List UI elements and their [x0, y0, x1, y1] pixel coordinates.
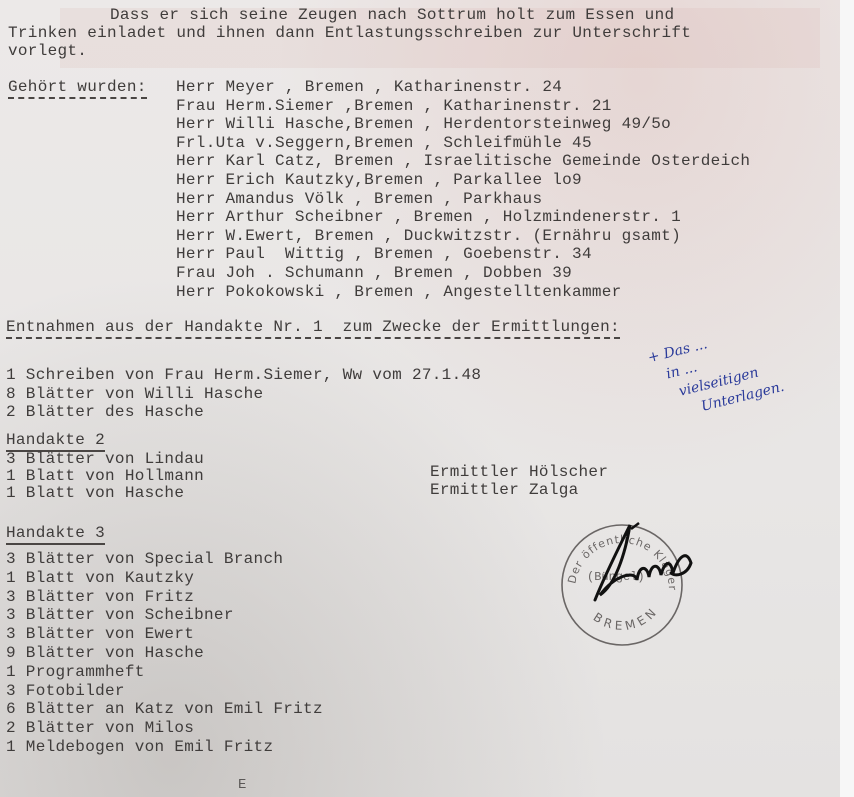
handakte-2-heading: Handakte 2 — [6, 431, 105, 452]
list-item: Frl.Uta v.Seggern,Bremen , Schleifmühle … — [176, 134, 592, 152]
investigator-1: Ermittler Hölscher — [430, 463, 608, 481]
extraction-heading: Entnahmen aus der Handakte Nr. 1 zum Zwe… — [6, 318, 620, 339]
list-item: Frau Herm.Siemer ,Bremen , Katharinenstr… — [176, 97, 612, 115]
list-item: 2 Blätter des Hasche — [6, 403, 204, 421]
list-item: Herr W.Ewert, Bremen , Duckwitzstr. (Ern… — [176, 227, 681, 245]
list-item: 1 Meldebogen von Emil Fritz — [6, 738, 273, 756]
list-item: Herr Meyer , Bremen , Katharinenstr. 24 — [176, 78, 562, 96]
list-item: 1 Blatt von Kautzky — [6, 569, 194, 587]
list-item: Herr Paul Wittig , Bremen , Goebenstr. 3… — [176, 245, 592, 263]
list-item: Herr Karl Catz, Bremen , Israelitische G… — [176, 152, 750, 170]
document-page: Dass er sich seine Zeugen nach Sottrum h… — [0, 0, 854, 797]
list-item: 1 Blatt von Hasche — [6, 484, 184, 502]
list-item: 8 Blätter von Willi Hasche — [6, 385, 263, 403]
list-item: 2 Blätter von Milos — [6, 719, 194, 737]
list-item: 3 Blätter von Special Branch — [6, 550, 283, 568]
footer-mark: E — [238, 776, 247, 794]
list-item: Herr Erich Kautzky,Bremen , Parkallee lo… — [176, 171, 582, 189]
list-item: Herr Willi Hasche,Bremen , Herdentorstei… — [176, 115, 671, 133]
list-item: 3 Blätter von Lindau — [6, 450, 204, 468]
list-item: 3 Blätter von Scheibner — [6, 606, 234, 624]
list-item: 1 Programmheft — [6, 663, 145, 681]
list-item: Herr Arthur Scheibner , Bremen , Holzmin… — [176, 208, 681, 226]
intro-line-2: Trinken einladet und ihnen dann Entlastu… — [8, 24, 691, 42]
list-item: 3 Blätter von Fritz — [6, 588, 194, 606]
list-item: 1 Schreiben von Frau Herm.Siemer, Ww vom… — [6, 366, 481, 384]
intro-line-1: Dass er sich seine Zeugen nach Sottrum h… — [110, 6, 674, 24]
list-item: 3 Blätter von Ewert — [6, 625, 194, 643]
handwritten-note: + Das ... in ... vielseitigen Unterlagen… — [646, 305, 854, 484]
list-item: 3 Fotobilder — [6, 682, 125, 700]
list-item: Herr Amandus Völk , Bremen , Parkhaus — [176, 190, 542, 208]
list-item: Herr Pokokowski , Bremen , Angestelltenk… — [176, 283, 622, 301]
investigator-2: Ermittler Zalga — [430, 481, 579, 499]
witnesses-label: Gehört wurden: — [8, 78, 147, 99]
intro-line-3: vorlegt. — [8, 42, 87, 60]
list-item: 1 Blatt von Hollmann — [6, 467, 204, 485]
handakte-3-heading: Handakte 3 — [6, 524, 105, 545]
signature — [575, 515, 705, 615]
list-item: 6 Blätter an Katz von Emil Fritz — [6, 700, 323, 718]
list-item: Frau Joh . Schumann , Bremen , Dobben 39 — [176, 264, 572, 282]
list-item: 9 Blätter von Hasche — [6, 644, 204, 662]
